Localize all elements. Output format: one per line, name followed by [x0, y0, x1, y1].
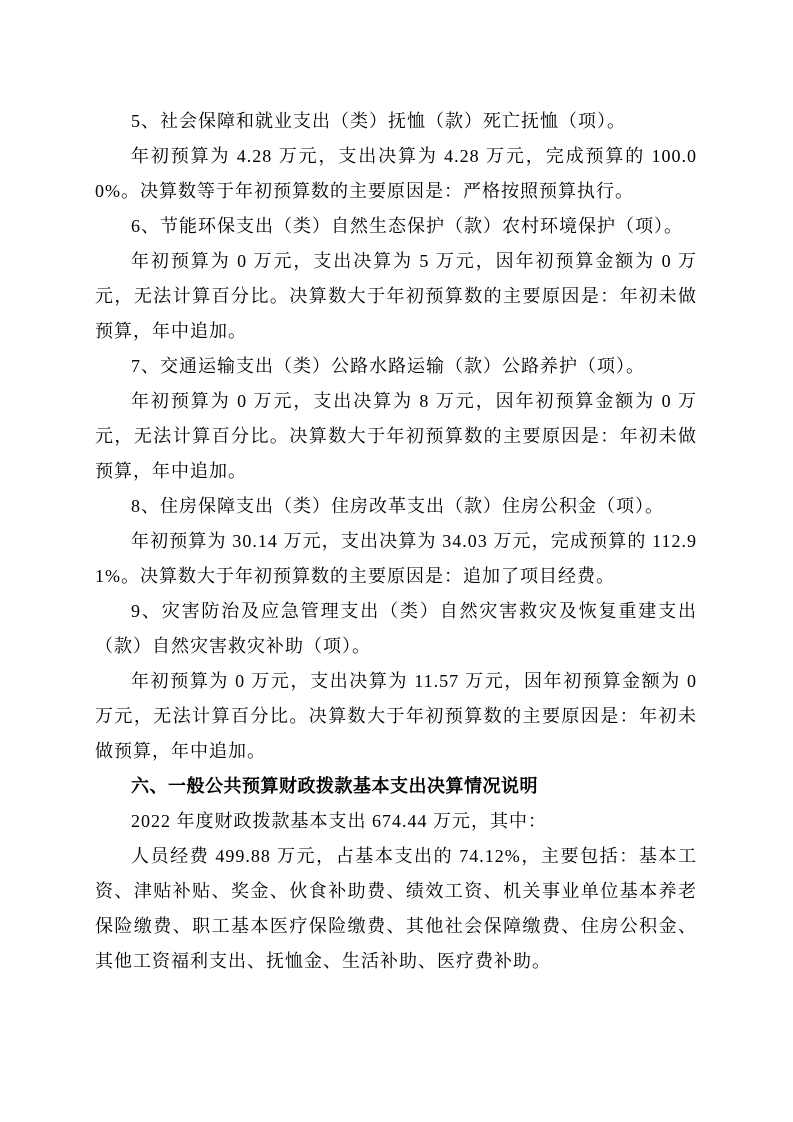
paragraph-item-7-detail: 年初预算为 0 万元，支出决算为 8 万元，因年初预算金额为 0 万元，无法计算…: [95, 384, 697, 489]
paragraph-item-8-detail: 年初预算为 30.14 万元，支出决算为 34.03 万元，完成预算的 112.…: [95, 524, 697, 594]
paragraph-item-6-detail: 年初预算为 0 万元，支出决算为 5 万元，因年初预算金额为 0 万元，无法计算…: [95, 244, 697, 349]
section-heading-basic-expenditure: 六、一般公共预算财政拨款基本支出决算情况说明: [95, 769, 697, 804]
document-page: 5、社会保障和就业支出（类）抚恤（款）死亡抚恤（项）。 年初预算为 4.28 万…: [0, 0, 793, 1122]
paragraph-basic-expenditure-total: 2022 年度财政拨款基本支出 674.44 万元，其中：: [95, 804, 697, 839]
paragraph-item-8-title: 8、住房保障支出（类）住房改革支出（款）住房公积金（项）。: [95, 489, 697, 524]
paragraph-item-6-title: 6、节能环保支出（类）自然生态保护（款）农村环境保护（项）。: [95, 209, 697, 244]
paragraph-item-5-detail: 年初预算为 4.28 万元，支出决算为 4.28 万元，完成预算的 100.00…: [95, 139, 697, 209]
paragraph-personnel-expense-detail: 人员经费 499.88 万元，占基本支出的 74.12%，主要包括：基本工资、津…: [95, 839, 697, 979]
paragraph-item-9-detail: 年初预算为 0 万元，支出决算为 11.57 万元，因年初预算金额为 0 万元，…: [95, 664, 697, 769]
paragraph-item-7-title: 7、交通运输支出（类）公路水路运输（款）公路养护（项）。: [95, 349, 697, 384]
paragraph-item-9-title: 9、灾害防治及应急管理支出（类）自然灾害救灾及恢复重建支出（款）自然灾害救灾补助…: [95, 594, 697, 664]
paragraph-item-5-title: 5、社会保障和就业支出（类）抚恤（款）死亡抚恤（项）。: [95, 104, 697, 139]
